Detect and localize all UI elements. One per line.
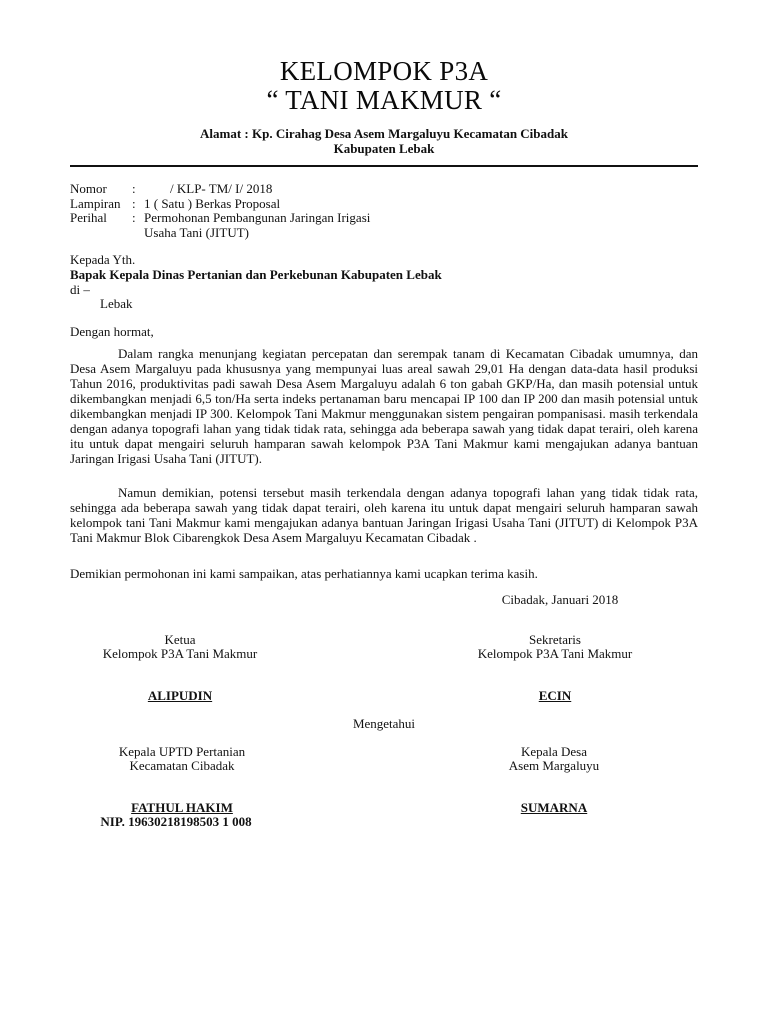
right-role-title: Sekretaris <box>435 632 675 647</box>
right-signatory-name: ECIN <box>435 688 675 703</box>
nomor-value: / KLP- TM/ I/ 2018 <box>144 182 272 197</box>
perihal-colon: : <box>132 211 144 226</box>
salutation: Dengan hormat, <box>70 324 154 339</box>
body-paragraph-2: Namun demikian, potensi tersebut masih t… <box>70 485 698 545</box>
document-page: KELOMPOK P3A “ TANI MAKMUR “ Alamat : Kp… <box>0 0 768 1024</box>
org-title: KELOMPOK P3A <box>0 56 768 86</box>
meta-nomor: Nomor : / KLP- TM/ I/ 2018 <box>70 182 370 197</box>
recipient-greeting: Kepada Yth. <box>70 252 135 267</box>
ack-left-nip: NIP. 19630218198503 1 008 <box>56 814 296 829</box>
ack-right-role-org: Asem Margaluyu <box>434 758 674 773</box>
left-role-title: Ketua <box>60 632 300 647</box>
ack-left-signatory-name: FATHUL HAKIM <box>62 800 302 815</box>
perihal-value: Permohonan Pembangunan Jaringan Irigasi <box>144 211 370 226</box>
perihal-label: Perihal <box>70 211 132 226</box>
recipient-place: Lebak <box>100 296 132 311</box>
nomor-label: Nomor <box>70 182 132 197</box>
left-signatory-name: ALIPUDIN <box>60 688 300 703</box>
perihal-value-cont: Usaha Tani (JITUT) <box>144 226 249 241</box>
meta-perihal-cont: Usaha Tani (JITUT) <box>70 226 370 241</box>
nomor-colon: : <box>132 182 144 197</box>
acknowledged-label: Mengetahui <box>264 716 504 731</box>
address-line-1: Alamat : Kp. Cirahag Desa Asem Margaluyu… <box>0 126 768 142</box>
ack-right-signatory-name: SUMARNA <box>434 800 674 815</box>
left-role-org: Kelompok P3A Tani Makmur <box>60 646 300 661</box>
lampiran-label: Lampiran <box>70 197 132 212</box>
lampiran-value: 1 ( Satu ) Berkas Proposal <box>144 197 280 212</box>
body-paragraph-1: Dalam rangka menunjang kegiatan percepat… <box>70 346 698 466</box>
header-divider <box>70 165 698 167</box>
place-date: Cibadak, Januari 2018 <box>440 592 680 607</box>
ack-right-role-title: Kepala Desa <box>434 744 674 759</box>
right-role-org: Kelompok P3A Tani Makmur <box>435 646 675 661</box>
recipient-name: Bapak Kepala Dinas Pertanian dan Perkebu… <box>70 267 442 282</box>
meta-lampiran: Lampiran : 1 ( Satu ) Berkas Proposal <box>70 197 370 212</box>
org-subtitle: “ TANI MAKMUR “ <box>0 85 768 115</box>
ack-left-role-title: Kepala UPTD Pertanian <box>62 744 302 759</box>
meta-perihal: Perihal : Permohonan Pembangunan Jaringa… <box>70 211 370 226</box>
closing-text: Demikian permohonan ini kami sampaikan, … <box>70 566 538 581</box>
lampiran-colon: : <box>132 197 144 212</box>
recipient-di: di – <box>70 282 90 297</box>
address-line-2: Kabupaten Lebak <box>0 141 768 157</box>
letter-meta: Nomor : / KLP- TM/ I/ 2018 Lampiran : 1 … <box>70 182 370 240</box>
ack-left-role-org: Kecamatan Cibadak <box>62 758 302 773</box>
